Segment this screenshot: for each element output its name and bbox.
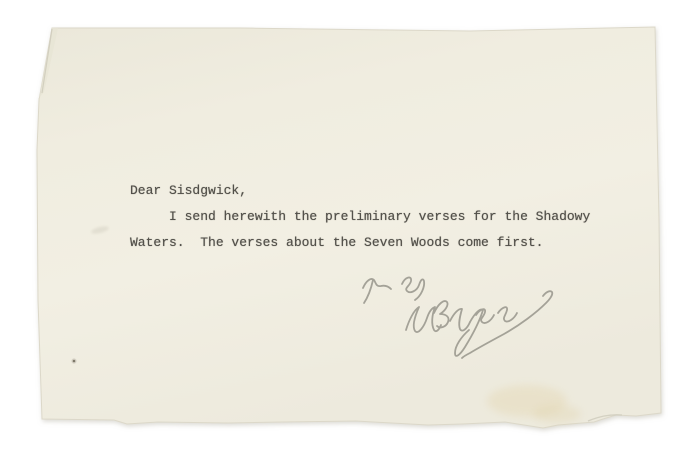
letter-paper-graphic: W B Yeats [0, 0, 700, 458]
photograph-of-letter: W B Yeats Dear Sisdgwick, I send herewi [0, 0, 700, 458]
paper-stain-small [533, 405, 581, 423]
paper-sheet [37, 27, 661, 428]
ink-speck [73, 360, 76, 363]
